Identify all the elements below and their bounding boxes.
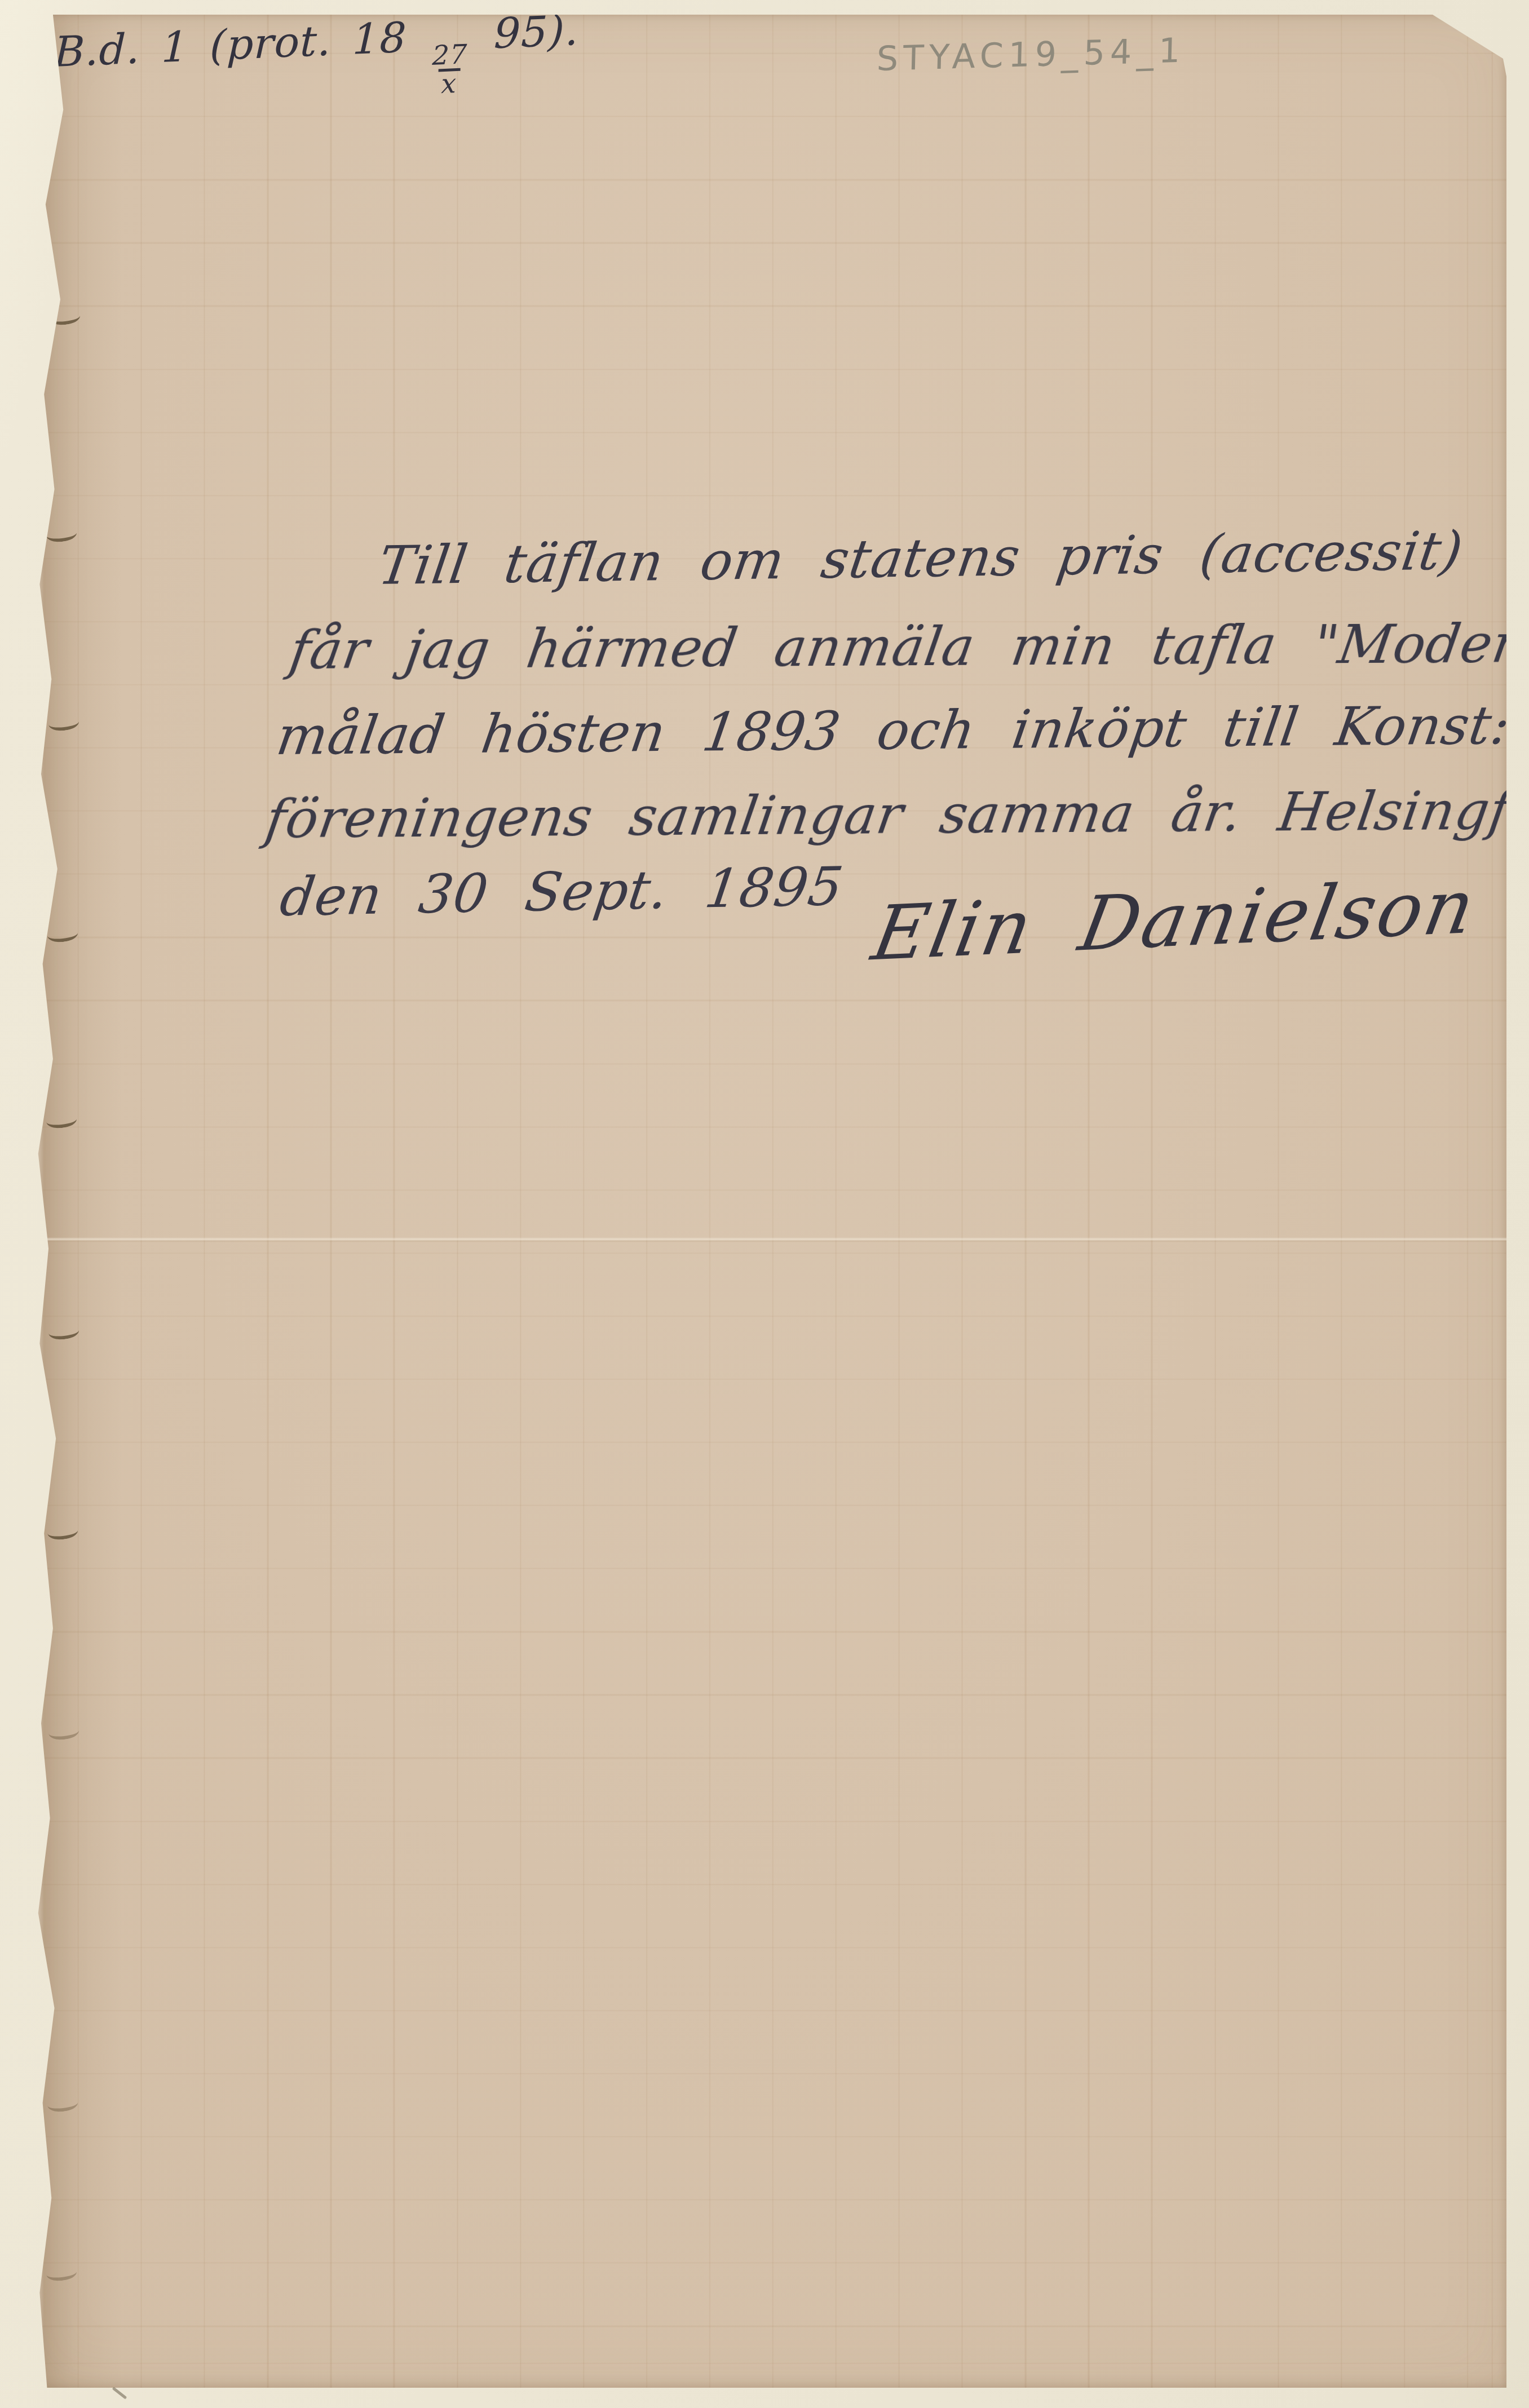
stitch-hole	[48, 714, 79, 732]
stitch-hole	[48, 1723, 79, 1741]
fraction-denominator: x	[438, 68, 460, 98]
body-line-3: målad hösten 1893 och inköpt till Konst:	[273, 695, 1514, 767]
fraction-numerator: 27	[432, 42, 468, 69]
document-scan: B.d. 1 (prot. 18 27 x 95). STYAC19_54_1 …	[0, 0, 1529, 2408]
stitch-hole	[46, 525, 77, 543]
body-line-2: får jag härmed anmäla min tafla "Modern"	[286, 613, 1529, 681]
body-line-1: Till täflan om statens pris (accessit)	[374, 520, 1467, 597]
archival-note: B.d. 1 (prot. 18 27 x 95).	[52, 6, 580, 114]
stitch-hole	[46, 1112, 77, 1130]
reference-code: STYAC19_54_1	[876, 31, 1186, 79]
date-line: den 30 Sept. 1895	[276, 856, 847, 928]
fold-crease	[29, 1237, 1506, 1242]
stitch-hole	[46, 2264, 77, 2282]
archival-note-prefix: B.d. 1 (prot. 18	[54, 14, 408, 77]
signature: Elin Danielson	[866, 863, 1483, 978]
letter-paper: B.d. 1 (prot. 18 27 x 95). STYAC19_54_1 …	[29, 15, 1506, 2388]
archival-note-suffix: 95).	[493, 6, 580, 58]
stitch-hole	[49, 308, 81, 326]
stitch-hole	[47, 1523, 78, 1541]
body-line-4: föreningens samlingar samma år. Helsingf…	[262, 780, 1529, 851]
stitch-hole	[47, 2095, 78, 2113]
archival-note-date-fraction: 27 x	[431, 42, 468, 99]
stitch-hole	[48, 1323, 79, 1341]
stitch-hole	[47, 926, 78, 944]
pencil-mark	[112, 2387, 127, 2399]
